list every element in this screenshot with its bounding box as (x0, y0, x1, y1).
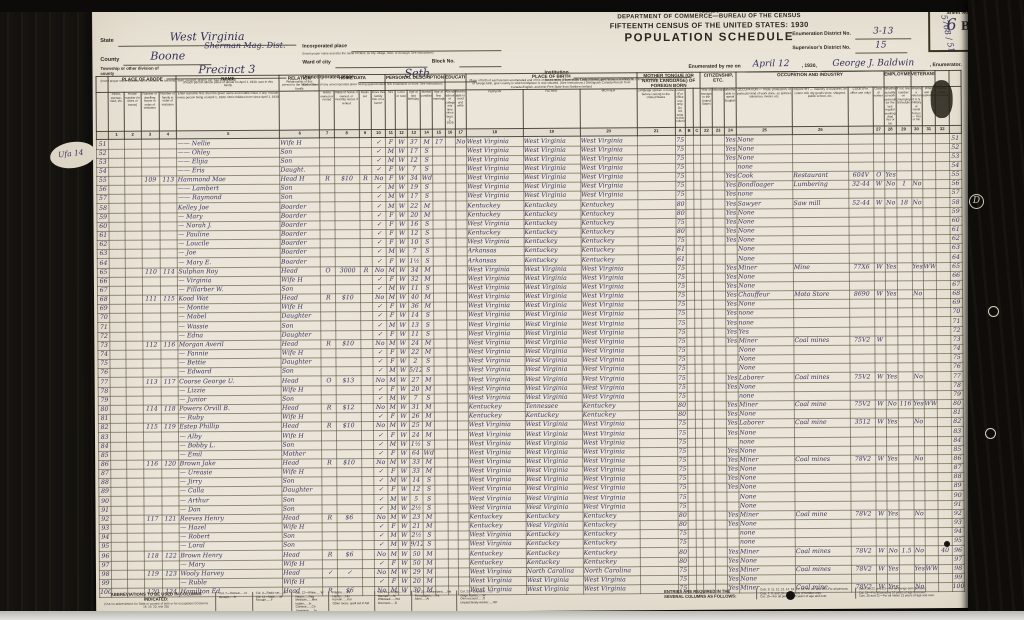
cell-sex: M (389, 541, 399, 550)
cell-home-value (337, 495, 362, 504)
cell-age-first-married (436, 559, 448, 568)
cell-pob-person: Arkansas (467, 256, 524, 266)
cell-dwelling-number (142, 286, 160, 295)
cell-radio (359, 202, 371, 211)
cell-age-first-married (434, 339, 446, 348)
column-number: 21 (637, 128, 675, 136)
column-subheader: Radio set (359, 91, 372, 130)
cell-sex: M (387, 321, 397, 330)
cell-code-c (696, 538, 704, 547)
cell-code-c (694, 346, 702, 355)
cell-line-no-right: 95 (952, 537, 965, 546)
cell-occupation: None (739, 410, 795, 420)
supervisor-district-label: Supervisor's District No. (792, 45, 850, 51)
cell-line-no: 81 (98, 414, 110, 423)
cell-radio (361, 449, 373, 458)
cell-age: 33 (409, 458, 422, 467)
cell-speaks-english: Yes (726, 428, 738, 437)
cell-occupation: none (737, 190, 793, 200)
cell-code-a: 75 (677, 447, 687, 456)
cell-age: 50 (410, 559, 423, 568)
cell-farm-schedule (937, 326, 950, 335)
cell-at-work (884, 134, 896, 143)
cell-marital: S (421, 183, 433, 192)
cell-street (112, 552, 128, 561)
cell-radio (361, 477, 373, 486)
cell-unemp-line (897, 207, 912, 216)
column-number: 27 (873, 126, 884, 134)
cell-occupation: None (739, 446, 795, 456)
cell-home-value (335, 156, 360, 165)
cell-family-number (160, 277, 178, 286)
cell-veteran (912, 335, 923, 344)
cell-pob-person: West Virginia (468, 439, 525, 449)
cell-pob-mother: West Virginia (580, 145, 637, 155)
cell-tenure: O (322, 376, 337, 385)
cell-radio: R (360, 266, 372, 275)
cell-pob-person: Kentuckey (468, 402, 525, 412)
cell-house-number (125, 240, 142, 249)
cell-line-no-right: 56 (949, 180, 962, 189)
cell-pob-father: Kentuckey (524, 255, 581, 265)
cell-pob-father: North Carolina (526, 567, 583, 577)
cell-age: 2½ (410, 504, 423, 513)
cell-street (112, 542, 128, 551)
cell-unemp-line (897, 171, 912, 180)
cell-code-a: 75 (676, 236, 686, 245)
cell-unemp-line (897, 189, 912, 198)
cell-industry (795, 428, 851, 438)
cell-house-number (125, 268, 142, 277)
cell-street (109, 176, 125, 185)
cell-mother-tongue (638, 182, 676, 191)
column-group-header: PERSONAL DESCRIPTION (385, 74, 444, 91)
cell-sex: F (386, 165, 396, 174)
cell-radio (361, 358, 373, 367)
cell-farm-schedule (937, 317, 950, 326)
cell-veteran (914, 574, 925, 583)
cell-immigration (702, 346, 713, 355)
cell-street (110, 259, 126, 268)
cell-pob-person: Kentuckey (469, 512, 526, 522)
cell-race: W (396, 174, 407, 183)
cell-worker-class (873, 208, 884, 217)
cell-occ-code (848, 153, 873, 162)
cell-occ-code (851, 519, 876, 528)
cell-code-a: 80 (678, 511, 688, 520)
cell-code-c (695, 456, 703, 465)
cell-veteran (914, 500, 925, 509)
cell-line-no: 84 (99, 442, 111, 451)
cell-read-write (456, 330, 467, 339)
cell-school (445, 183, 455, 192)
cell-line-no-right: 54 (949, 161, 962, 170)
cell-street (111, 478, 127, 487)
cell-farm-schedule (936, 189, 949, 198)
cell-street (109, 158, 125, 167)
cell-home-value: $13 (336, 376, 361, 385)
cell-age-first-married (433, 247, 445, 256)
cell-unemp-line (897, 262, 912, 271)
cell-worker-class (875, 409, 886, 418)
cell-veteran (911, 152, 922, 161)
column-subheader: Marital condition (420, 90, 433, 129)
cell-at-work (887, 482, 899, 491)
cell-age: 19 (407, 183, 420, 192)
cell-street (110, 332, 126, 341)
column-subheader (96, 93, 109, 132)
cell-read-write (457, 394, 468, 403)
cell-speaks-english: Yes (724, 135, 736, 144)
cell-unemp-line (897, 226, 912, 235)
cell-speaks-english: Yes (726, 419, 738, 428)
cell-radio (361, 468, 373, 477)
cell-veteran (914, 555, 925, 564)
cell-code-a: 75 (675, 163, 685, 172)
cell-farm: ✓ (373, 348, 388, 357)
cell-worker-class: W (873, 198, 884, 207)
supervisor-district-field: Supervisor's District No. 15 (792, 34, 907, 54)
cell-pob-father: West Virginia (525, 393, 582, 403)
cell-code-c (696, 529, 704, 538)
cell-industry: Mine (793, 263, 849, 273)
cell-radio (359, 193, 371, 202)
cell-code-b (686, 273, 694, 282)
cell-war: WW (923, 262, 936, 271)
cell-family-number (159, 158, 177, 167)
cell-occ-code: 78V2 (851, 546, 876, 555)
cell-street (109, 195, 125, 204)
cell-pob-father: West Virginia (525, 338, 582, 348)
cell-war (923, 216, 936, 225)
census-table: PLACE OF ABODENAMEof each person whose p… (95, 70, 965, 598)
cell-home-value (335, 230, 360, 239)
cell-school (448, 504, 458, 513)
cell-pob-person: West Virginia (468, 329, 525, 339)
cell-home-value (336, 330, 361, 339)
column-number: 8 (334, 130, 359, 138)
cell-code-c (695, 474, 703, 483)
cell-line-no-right: 61 (950, 225, 963, 234)
cell-street (111, 414, 127, 423)
cell-marital: M (422, 348, 434, 357)
cell-house-number (126, 423, 143, 432)
cell-industry (794, 382, 850, 392)
cell-dwelling-number (142, 203, 160, 212)
cell-immigration (701, 200, 712, 209)
cell-farm: ✓ (374, 495, 389, 504)
cell-sex: M (387, 248, 397, 257)
cell-house-number (126, 432, 143, 441)
column-subheader: INDUSTRY — Industry or business, as cott… (792, 88, 848, 127)
cell-industry (793, 190, 849, 200)
cell-veteran (913, 381, 924, 390)
cell-pob-mother: West Virginia (582, 328, 639, 338)
cell-house-number (127, 542, 144, 551)
cell-marital: S (421, 238, 433, 247)
cell-immigration (704, 557, 715, 566)
cell-unemp-line (898, 381, 913, 390)
cell-race: W (398, 504, 409, 513)
cell-radio (362, 550, 374, 559)
cell-family-number (160, 286, 178, 295)
cell-at-work (886, 381, 898, 390)
column-subheader: Whether able to speak English (724, 88, 737, 127)
cell-war (924, 390, 937, 399)
cell-read-write (455, 146, 466, 155)
cell-read-write (456, 210, 467, 219)
cell-farm-schedule (936, 170, 949, 179)
cell-unemp-line (898, 427, 913, 436)
cell-worker-class (873, 153, 884, 162)
cell-farm-schedule (938, 454, 951, 463)
cell-age-first-married (435, 458, 447, 467)
cell-farm-schedule (936, 134, 949, 143)
cell-industry (795, 501, 851, 511)
cell-farm: ✓ (373, 358, 388, 367)
cell-relation: Boarder (280, 248, 320, 257)
cell-industry (793, 226, 849, 236)
cell-at-work: Yes (886, 372, 898, 381)
cell-age: 5/12 (409, 366, 422, 375)
cell-at-work (885, 272, 897, 281)
cell-radio (362, 513, 374, 522)
cell-at-work (886, 427, 898, 436)
cell-relation: Daughter (281, 331, 321, 340)
cell-worker-class (875, 382, 886, 391)
cell-pob-father: West Virginia (524, 182, 581, 192)
cell-code-c (696, 520, 704, 529)
cell-naturalization (714, 364, 726, 373)
cell-street (110, 378, 126, 387)
cell-age-first-married (435, 504, 447, 513)
cell-code-a: 75 (675, 145, 685, 154)
cell-marital: S (422, 366, 434, 375)
cell-naturalization (712, 154, 724, 163)
cell-immigration (702, 227, 713, 236)
cell-farm-schedule (939, 564, 952, 573)
cell-race: W (396, 183, 407, 192)
cell-sex: M (388, 458, 398, 467)
cell-unemp-line (898, 326, 913, 335)
cell-veteran: Yes (913, 400, 924, 409)
cell-relation: Son (281, 321, 321, 330)
cell-tenure: R (322, 422, 337, 431)
cell-line-no-right: 55 (949, 170, 962, 179)
cell-family-number (160, 231, 178, 240)
cell-relation: Wife H (282, 468, 322, 477)
cell-at-work (887, 528, 899, 537)
cell-code-c (695, 374, 703, 383)
cell-home-value (336, 413, 361, 422)
cell-worker-class (876, 519, 887, 528)
cell-at-work (886, 409, 898, 418)
cell-relation: Wife H (281, 385, 321, 394)
column-number (96, 132, 108, 140)
column-number: B (685, 128, 693, 136)
cell-house-number (124, 149, 141, 158)
entries-column: Cols. 21, 22, and 23—For all foreign-bor… (855, 587, 935, 598)
cell-farm: ✓ (373, 394, 388, 403)
cell-unemp-line (899, 464, 914, 473)
cell-war: WW (924, 399, 937, 408)
cell-tenure (321, 239, 336, 248)
cell-marital: M (423, 522, 435, 531)
cell-sex: F (387, 357, 397, 366)
cell-dwelling-number (141, 185, 159, 194)
cell-family-number (159, 139, 177, 148)
cell-industry (795, 528, 851, 538)
cell-farm-schedule (938, 418, 951, 427)
cell-industry (794, 409, 850, 419)
cell-home-value (337, 468, 362, 477)
cell-farm-schedule (938, 445, 951, 454)
cell-race: W (397, 339, 408, 348)
cell-pob-father: Kentuckey (526, 530, 583, 540)
cell-dwelling-number (144, 533, 162, 542)
cell-pob-person: West Virginia (467, 219, 524, 229)
cell-worker-class (876, 528, 887, 537)
cell-sex: F (388, 522, 398, 531)
column-subheader: CODE (For office use only) (848, 87, 873, 126)
cell-naturalization (713, 300, 725, 309)
cell-pob-mother: West Virginia (582, 383, 639, 393)
cell-mother-tongue (638, 227, 676, 236)
cell-immigration (701, 145, 712, 154)
cell-immigration (701, 181, 712, 190)
cell-read-write (457, 403, 468, 412)
cell-naturalization (715, 575, 727, 584)
cell-pob-mother: West Virginia (582, 392, 639, 402)
cell-veteran (912, 317, 923, 326)
cell-naturalization (714, 483, 726, 492)
cell-code-a: 75 (677, 355, 687, 364)
cell-race: W (398, 394, 409, 403)
cell-code-c (695, 364, 703, 373)
cell-pob-father: Kentuckey (526, 539, 583, 549)
cell-age-first-married (433, 174, 445, 183)
cell-read-write (457, 449, 468, 458)
abbrev-column: Col. 23—Naturalized......Na First papers… (411, 591, 452, 613)
cell-speaks-english: Yes (726, 373, 738, 382)
cell-school (448, 549, 458, 558)
cell-code-b (688, 511, 696, 520)
cell-dwelling-number (143, 387, 161, 396)
cell-code-c (694, 227, 702, 236)
cell-war (924, 454, 937, 463)
cell-age-first-married (434, 357, 446, 366)
cell-sex: F (386, 174, 396, 183)
cell-speaks-english (727, 529, 739, 538)
cell-code-a: 75 (678, 474, 688, 483)
cell-immigration (703, 474, 714, 483)
cell-family-number (160, 304, 178, 313)
cell-at-work (884, 143, 896, 152)
cell-farm-schedule (936, 143, 949, 152)
cell-code-b (687, 355, 695, 364)
cell-mother-tongue (640, 511, 678, 520)
cell-code-b (687, 419, 695, 428)
cell-school (446, 211, 456, 220)
cell-line-no: 73 (98, 341, 110, 350)
cell-unemp-line (899, 482, 914, 491)
cell-veteran (911, 171, 922, 180)
cell-farm: ✓ (371, 138, 386, 147)
cell-home-value (337, 532, 362, 541)
cell-age-first-married (435, 513, 447, 522)
cell-code-b (687, 410, 695, 419)
cell-home-value (335, 220, 360, 229)
cell-tenure (321, 312, 336, 321)
cell-radio (360, 257, 372, 266)
cell-line-no-right: 96 (952, 546, 965, 555)
scan-left-band (0, 0, 94, 620)
cell-line-no-right: 76 (951, 363, 964, 372)
cell-occupation: None (738, 281, 794, 291)
cell-farm: ✓ (374, 504, 389, 513)
cell-worker-class: W (874, 336, 885, 345)
cell-war (923, 299, 936, 308)
cell-race: W (396, 156, 407, 165)
cell-line-no-right: 63 (950, 244, 963, 253)
cell-family-number (160, 332, 178, 341)
cell-relation: Daughter (281, 312, 321, 321)
column-number: 4 (159, 131, 177, 139)
cell-code-c (694, 264, 702, 273)
cell-sex: F (386, 138, 396, 147)
column-number: 31 (922, 126, 935, 134)
cell-relation: Boarder (280, 212, 320, 221)
cell-immigration (703, 410, 714, 419)
cell-naturalization (714, 474, 726, 483)
cell-school (448, 513, 458, 522)
cell-farm-schedule (937, 344, 950, 353)
cell-line-no: 71 (98, 323, 110, 332)
cell-home-value: $12 (336, 404, 361, 413)
cell-pob-person: West Virginia (469, 466, 526, 476)
cell-relation: Son (282, 477, 322, 486)
cell-dwelling-number: 112 (143, 341, 161, 350)
cell-code-b (688, 529, 696, 538)
cell-home-value (337, 541, 362, 550)
cell-war: WW (925, 564, 938, 573)
cell-age: 23 (410, 513, 423, 522)
cell-code-c (695, 465, 703, 474)
cell-occupation: None (737, 144, 793, 154)
cell-mother-tongue (639, 438, 677, 447)
cell-pob-mother: Kentuckey (582, 411, 639, 421)
cell-veteran (913, 464, 924, 473)
cell-family-number (160, 350, 178, 359)
cell-line-no-right: 86 (951, 454, 964, 463)
cell-school (446, 265, 456, 274)
cell-worker-class: O (873, 171, 884, 180)
cell-relation: Wife H (283, 559, 323, 568)
cell-immigration (701, 190, 712, 199)
cell-speaks-english: Yes (725, 199, 737, 208)
cell-at-work (885, 299, 897, 308)
cell-code-b (687, 328, 695, 337)
cell-house-number (127, 460, 144, 469)
cell-dwelling-number (141, 158, 159, 167)
cell-occupation: Yes (738, 327, 794, 337)
column-number: 22 (701, 128, 712, 136)
cell-occupation: None (739, 492, 795, 502)
cell-pob-mother: West Virginia (583, 466, 640, 476)
cell-occupation: Miner (740, 565, 796, 575)
cell-read-write (455, 156, 466, 165)
cell-read-write (456, 201, 467, 210)
